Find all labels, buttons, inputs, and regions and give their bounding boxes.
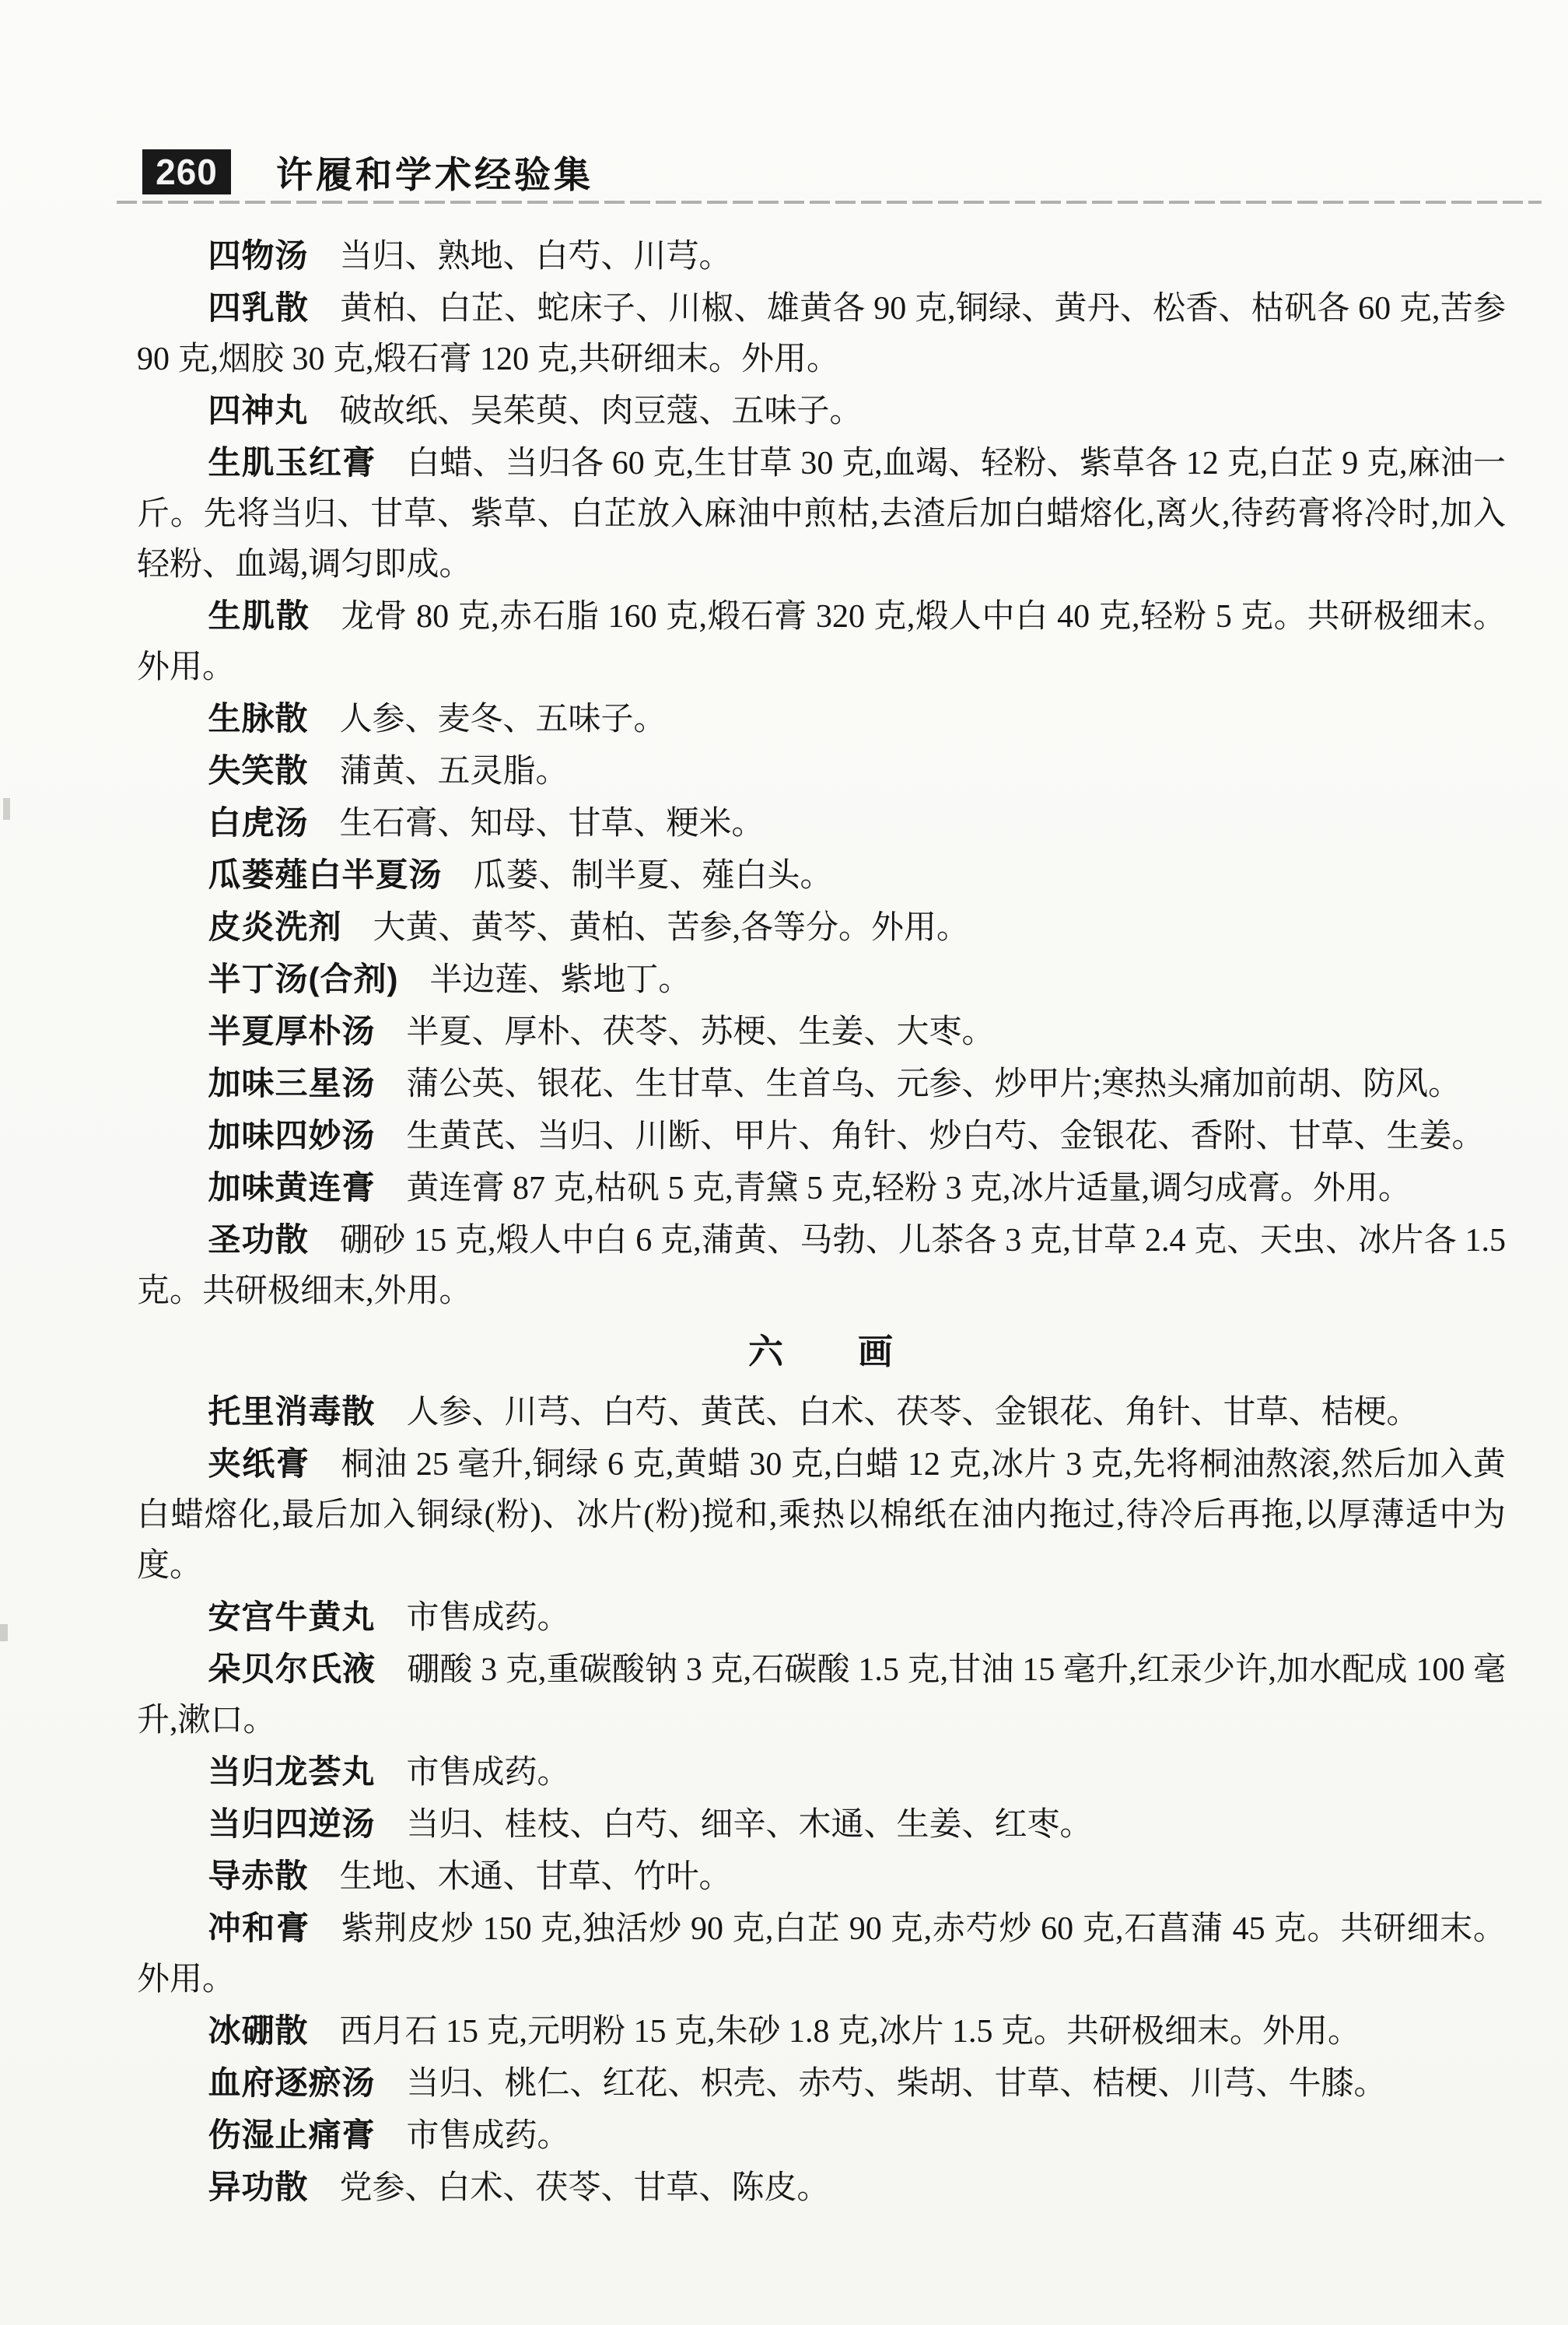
- formula-entry: 瓜蒌薤白半夏汤瓜蒌、制半夏、薤白头。: [137, 849, 1506, 902]
- page-number: 260: [156, 151, 218, 193]
- formula-name: 异功散: [208, 2169, 309, 2205]
- formula-name: 夹纸膏: [208, 1445, 310, 1482]
- page-body: 四物汤当归、熟地、白芍、川芎。四乳散黄柏、白芷、蛇床子、川椒、雄黄各 90 克,…: [137, 230, 1506, 2214]
- scan-artifact: [0, 1624, 8, 1641]
- formula-composition: 党参、白术、茯苓、甘草、陈皮。: [339, 2170, 829, 2206]
- page-header: 260 许履和学术经验集: [142, 149, 593, 195]
- scanned-book-page: 260 许履和学术经验集 四物汤当归、熟地、白芍、川芎。四乳散黄柏、白芷、蛇床子…: [0, 0, 1568, 2325]
- formula-name: 四神丸: [208, 392, 309, 429]
- book-title: 许履和学术经验集: [276, 146, 593, 198]
- scan-artifact: [3, 798, 10, 820]
- formula-composition: 瓜蒌、制半夏、薤白头。: [473, 858, 832, 894]
- formula-name: 伤湿止痛膏: [208, 2117, 376, 2153]
- formula-entry: 异功散党参、白术、茯苓、甘草、陈皮。: [137, 2162, 1506, 2214]
- formula-entry: 当归龙荟丸市售成药。: [137, 1746, 1506, 1798]
- formula-entry: 朵贝尔氏液硼酸 3 克,重碳酸钠 3 克,石碳酸 1.5 克,甘油 15 毫升,…: [137, 1644, 1506, 1746]
- formula-composition: 紫荆皮炒 150 克,独活炒 90 克,白芷 90 克,赤芍炒 60 克,石菖蒲…: [137, 1911, 1506, 1998]
- formula-entry: 导赤散生地、木通、甘草、竹叶。: [137, 1851, 1506, 1903]
- formula-entry: 安宫牛黄丸市售成药。: [137, 1591, 1506, 1644]
- formula-entry: 冲和膏紫荆皮炒 150 克,独活炒 90 克,白芷 90 克,赤芍炒 60 克,…: [137, 1903, 1506, 2005]
- formula-composition: 半边莲、紫地丁。: [429, 962, 691, 998]
- page-number-badge: 260: [142, 149, 231, 194]
- formula-composition: 生黄芪、当归、川断、甲片、角针、炒白芍、金银花、香附、甘草、生姜。: [406, 1119, 1484, 1154]
- formula-name: 失笑散: [208, 752, 309, 789]
- formula-name: 冰硼散: [208, 2012, 309, 2049]
- formula-composition: 市售成药。: [406, 1755, 569, 1791]
- formula-entry: 生肌散龙骨 80 克,赤石脂 160 克,煅石膏 320 克,煅人中白 40 克…: [137, 590, 1506, 693]
- formula-entry: 半丁汤(合剂)半边莲、紫地丁。: [137, 954, 1506, 1006]
- formula-composition: 当归、桂枝、白芍、细辛、木通、生姜、红枣。: [406, 1807, 1092, 1843]
- formula-composition: 硼砂 15 克,煅人中白 6 克,蒲黄、马勃、儿茶各 3 克,甘草 2.4 克、…: [137, 1223, 1506, 1309]
- formula-name: 半丁汤(合剂): [208, 961, 399, 997]
- formula-entry: 圣功散硼砂 15 克,煅人中白 6 克,蒲黄、马勃、儿茶各 3 克,甘草 2.4…: [137, 1214, 1506, 1317]
- formula-name: 当归龙荟丸: [208, 1753, 376, 1790]
- formula-name: 加味黄连膏: [208, 1169, 376, 1206]
- formula-composition: 当归、熟地、白芍、川芎。: [339, 239, 731, 275]
- formula-composition: 龙骨 80 克,赤石脂 160 克,煅石膏 320 克,煅人中白 40 克,轻粉…: [137, 599, 1506, 685]
- formula-entry: 皮炎洗剂大黄、黄芩、黄柏、苦参,各等分。外用。: [137, 902, 1506, 954]
- formula-name: 四乳散: [208, 289, 310, 326]
- formula-composition: 人参、麦冬、五味子。: [339, 702, 666, 737]
- formula-composition: 市售成药。: [406, 1600, 569, 1636]
- formula-name: 白虎汤: [208, 804, 309, 841]
- formula-entry: 生脉散人参、麦冬、五味子。: [137, 693, 1506, 745]
- formula-composition: 西月石 15 克,元明粉 15 克,朱砂 1.8 克,冰片 1.5 克。共研极细…: [339, 2014, 1360, 2050]
- formula-entry: 加味四妙汤生黄芪、当归、川断、甲片、角针、炒白芍、金银花、香附、甘草、生姜。: [137, 1110, 1506, 1162]
- formula-composition: 桐油 25 毫升,铜绿 6 克,黄蜡 30 克,白蜡 12 克,冰片 3 克,先…: [137, 1447, 1506, 1584]
- formula-name: 血府逐瘀汤: [208, 2064, 376, 2101]
- formula-entry: 托里消毒散人参、川芎、白芍、黄芪、白术、茯苓、金银花、角针、甘草、桔梗。: [137, 1386, 1506, 1438]
- formula-composition: 黄柏、白芷、蛇床子、川椒、雄黄各 90 克,铜绿、黄丹、松香、枯矾各 60 克,…: [137, 291, 1506, 377]
- formula-name: 冲和膏: [208, 1910, 310, 1946]
- header-divider: [117, 201, 1542, 204]
- formula-composition: 生地、木通、甘草、竹叶。: [339, 1859, 731, 1895]
- formula-name: 加味四妙汤: [208, 1117, 376, 1154]
- formula-name: 半夏厚朴汤: [208, 1013, 376, 1049]
- formula-name: 导赤散: [208, 1858, 309, 1894]
- formula-name: 托里消毒散: [208, 1393, 376, 1430]
- formula-entry: 半夏厚朴汤半夏、厚朴、茯苓、苏梗、生姜、大枣。: [137, 1006, 1506, 1058]
- formula-name: 生脉散: [208, 700, 309, 737]
- formula-entry: 四神丸破故纸、吴茱萸、肉豆蔻、五味子。: [137, 385, 1506, 437]
- formula-name: 加味三星汤: [208, 1065, 376, 1101]
- formula-composition: 大黄、黄芩、黄柏、苦参,各等分。外用。: [373, 910, 969, 946]
- formula-name: 皮炎洗剂: [208, 909, 342, 945]
- formula-name: 生肌散: [208, 597, 310, 634]
- formula-name: 朵贝尔氏液: [208, 1651, 376, 1687]
- formula-composition: 蒲黄、五灵脂。: [339, 754, 568, 790]
- formula-composition: 当归、桃仁、红花、枳壳、赤芍、柴胡、甘草、桔梗、川芎、牛膝。: [406, 2066, 1386, 2102]
- formula-composition: 半夏、厚朴、茯苓、苏梗、生姜、大枣。: [406, 1014, 994, 1050]
- formula-name: 当归四逆汤: [208, 1805, 376, 1842]
- formula-composition: 人参、川芎、白芍、黄芪、白术、茯苓、金银花、角针、甘草、桔梗。: [406, 1395, 1419, 1430]
- formula-entry: 夹纸膏桐油 25 毫升,铜绿 6 克,黄蜡 30 克,白蜡 12 克,冰片 3 …: [137, 1438, 1506, 1591]
- formula-composition: 市售成药。: [406, 2118, 569, 2154]
- formula-entry: 失笑散蒲黄、五灵脂。: [137, 745, 1506, 797]
- formula-composition: 蒲公英、银花、生甘草、生首乌、元参、炒甲片;寒热头痛加前胡、防风。: [406, 1066, 1461, 1102]
- formula-entry: 伤湿止痛膏市售成药。: [137, 2110, 1506, 2162]
- formula-name: 四物汤: [208, 237, 309, 274]
- formula-name: 生肌玉红膏: [208, 444, 376, 481]
- formula-entry: 生肌玉红膏白蜡、当归各 60 克,生甘草 30 克,血竭、轻粉、紫草各 12 克…: [137, 437, 1506, 590]
- formula-composition: 黄连膏 87 克,枯矾 5 克,青黛 5 克,轻粉 3 克,冰片适量,调匀成膏。…: [406, 1171, 1411, 1206]
- formula-entry: 四乳散黄柏、白芷、蛇床子、川椒、雄黄各 90 克,铜绿、黄丹、松香、枯矾各 60…: [137, 282, 1506, 385]
- formula-name: 圣功散: [208, 1221, 310, 1258]
- formula-entry: 冰硼散西月石 15 克,元明粉 15 克,朱砂 1.8 克,冰片 1.5 克。共…: [137, 2005, 1506, 2057]
- formula-name: 瓜蒌薤白半夏汤: [208, 856, 443, 893]
- formula-composition: 生石膏、知母、甘草、粳米。: [339, 806, 764, 842]
- formula-entry: 加味黄连膏黄连膏 87 克,枯矾 5 克,青黛 5 克,轻粉 3 克,冰片适量,…: [137, 1162, 1506, 1214]
- formula-entry: 血府逐瘀汤当归、桃仁、红花、枳壳、赤芍、柴胡、甘草、桔梗、川芎、牛膝。: [137, 2057, 1506, 2110]
- formula-composition: 破故纸、吴茱萸、肉豆蔻、五味子。: [339, 394, 862, 429]
- formula-name: 安宫牛黄丸: [208, 1598, 376, 1635]
- formula-entry: 当归四逆汤当归、桂枝、白芍、细辛、木通、生姜、红枣。: [137, 1798, 1506, 1851]
- section-heading: 六 画: [137, 1327, 1506, 1378]
- formula-entry: 白虎汤生石膏、知母、甘草、粳米。: [137, 797, 1506, 849]
- formula-entry: 四物汤当归、熟地、白芍、川芎。: [137, 230, 1506, 282]
- formula-entry: 加味三星汤蒲公英、银花、生甘草、生首乌、元参、炒甲片;寒热头痛加前胡、防风。: [137, 1058, 1506, 1110]
